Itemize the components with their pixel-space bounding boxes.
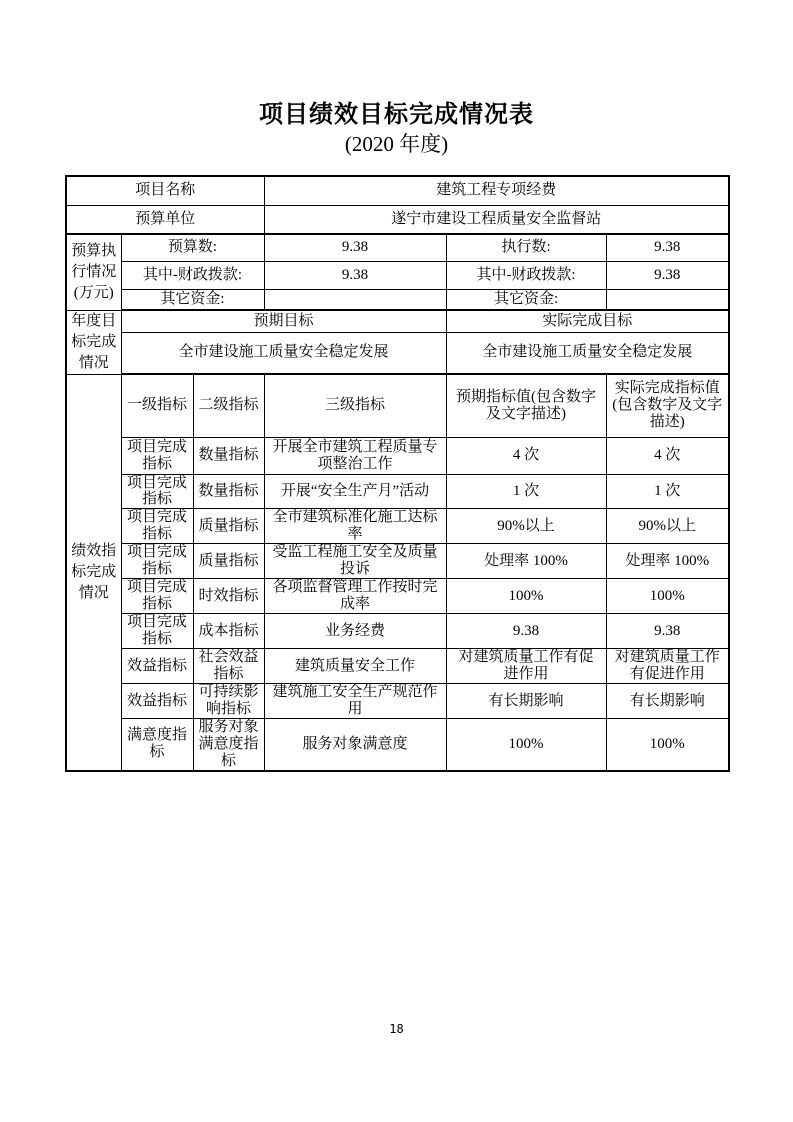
perf-expected: 1 次 bbox=[446, 474, 606, 509]
budget-value bbox=[264, 289, 446, 310]
table-row: 其中-财政拨款: 9.38 其中-财政拨款: 9.38 bbox=[66, 261, 729, 289]
table-row: 项目完成 指标 数量指标 开展“安全生产月”活动 1 次 1 次 bbox=[66, 474, 729, 509]
perf-level2: 质量指标 bbox=[193, 509, 264, 544]
page-title: 项目绩效目标完成情况表 bbox=[0, 94, 793, 129]
perf-expected: 9.38 bbox=[446, 614, 606, 649]
perf-level3: 建筑质量安全工作 bbox=[264, 649, 446, 684]
perf-level1: 项目完成 指标 bbox=[121, 474, 193, 509]
table-row: 项目完成 指标 成本指标 业务经费 9.38 9.38 bbox=[66, 614, 729, 649]
perf-level2: 成本指标 bbox=[193, 614, 264, 649]
table-row: 项目名称 建筑工程专项经费 bbox=[66, 176, 729, 205]
page-subtitle: (2020 年度) bbox=[0, 128, 793, 158]
budget-label: 执行数: bbox=[446, 234, 606, 261]
perf-actual: 处理率 100% bbox=[606, 544, 729, 579]
perf-level2: 社会效益 指标 bbox=[193, 649, 264, 684]
table-row: 项目完成 指标 质量指标 全市建筑标准化施工达标 率 90%以上 90%以上 bbox=[66, 509, 729, 544]
budget-value bbox=[606, 289, 729, 310]
annual-expected-header: 预期目标 bbox=[121, 310, 446, 332]
perf-level2: 时效指标 bbox=[193, 579, 264, 614]
table-row: 预算单位 遂宁市建设工程质量安全监督站 bbox=[66, 205, 729, 234]
perf-expected: 处理率 100% bbox=[446, 544, 606, 579]
perf-header-level3: 三级指标 bbox=[264, 374, 446, 437]
table-row: 预算执 行情况 (万元) 预算数: 9.38 执行数: 9.38 bbox=[66, 234, 729, 261]
perf-level3: 开展“安全生产月”活动 bbox=[264, 474, 446, 509]
document-page: 项目绩效目标完成情况表 (2020 年度) 项目名称 建筑工程专项经费 预算单位… bbox=[0, 0, 793, 1122]
budget-value: 9.38 bbox=[606, 261, 729, 289]
perf-actual: 1 次 bbox=[606, 474, 729, 509]
perf-level2: 数量指标 bbox=[193, 474, 264, 509]
perf-level1: 项目完成 指标 bbox=[121, 579, 193, 614]
perf-level2: 数量指标 bbox=[193, 437, 264, 474]
perf-level1: 满意度指 标 bbox=[121, 719, 193, 771]
table-row: 全市建设施工质量安全稳定发展 全市建设施工质量安全稳定发展 bbox=[66, 332, 729, 374]
perf-level1: 效益指标 bbox=[121, 649, 193, 684]
perf-expected: 100% bbox=[446, 579, 606, 614]
perf-level1: 项目完成 指标 bbox=[121, 544, 193, 579]
perf-level2: 服务对象 满意度指 标 bbox=[193, 719, 264, 771]
budget-value: 9.38 bbox=[264, 234, 446, 261]
perf-actual: 100% bbox=[606, 719, 729, 771]
perf-level3: 受监工程施工安全及质量 投诉 bbox=[264, 544, 446, 579]
perf-level1: 项目完成 指标 bbox=[121, 437, 193, 474]
annual-actual-header: 实际完成目标 bbox=[446, 310, 729, 332]
table-row: 效益指标 可持续影 响指标 建筑施工安全生产规范作 用 有长期影响 有长期影响 bbox=[66, 684, 729, 719]
perf-expected: 4 次 bbox=[446, 437, 606, 474]
perf-expected: 90%以上 bbox=[446, 509, 606, 544]
annual-section-label: 年度目 标完成 情况 bbox=[66, 310, 121, 374]
budget-label: 预算数: bbox=[121, 234, 264, 261]
budget-label: 其它资金: bbox=[121, 289, 264, 310]
table-row: 绩效指 标完成 情况 一级指标 二级指标 三级指标 预期指标值(包含数字 及文字… bbox=[66, 374, 729, 437]
perf-level1: 项目完成 指标 bbox=[121, 614, 193, 649]
project-name-value: 建筑工程专项经费 bbox=[264, 176, 729, 205]
perf-actual: 4 次 bbox=[606, 437, 729, 474]
perf-level3: 业务经费 bbox=[264, 614, 446, 649]
perf-header-level2: 二级指标 bbox=[193, 374, 264, 437]
table-row: 满意度指 标 服务对象 满意度指 标 服务对象满意度 100% 100% bbox=[66, 719, 729, 771]
table-row: 项目完成 指标 时效指标 各项监督管理工作按时完 成率 100% 100% bbox=[66, 579, 729, 614]
performance-table: 项目名称 建筑工程专项经费 预算单位 遂宁市建设工程质量安全监督站 预算执 行情… bbox=[65, 175, 730, 772]
perf-level1: 效益指标 bbox=[121, 684, 193, 719]
perf-section-label: 绩效指 标完成 情况 bbox=[66, 374, 121, 771]
perf-actual: 9.38 bbox=[606, 614, 729, 649]
perf-level3: 建筑施工安全生产规范作 用 bbox=[264, 684, 446, 719]
table-row: 项目完成 指标 数量指标 开展全市建筑工程质量专 项整治工作 4 次 4 次 bbox=[66, 437, 729, 474]
table-row: 年度目 标完成 情况 预期目标 实际完成目标 bbox=[66, 310, 729, 332]
perf-header-level1: 一级指标 bbox=[121, 374, 193, 437]
table-row: 项目完成 指标 质量指标 受监工程施工安全及质量 投诉 处理率 100% 处理率… bbox=[66, 544, 729, 579]
perf-level3: 各项监督管理工作按时完 成率 bbox=[264, 579, 446, 614]
project-name-label: 项目名称 bbox=[66, 176, 264, 205]
table-row: 效益指标 社会效益 指标 建筑质量安全工作 对建筑质量工作有促 进作用 对建筑质… bbox=[66, 649, 729, 684]
table-row: 其它资金: 其它资金: bbox=[66, 289, 729, 310]
page-number: 18 bbox=[0, 1022, 793, 1036]
annual-expected-value: 全市建设施工质量安全稳定发展 bbox=[121, 332, 446, 374]
perf-expected: 有长期影响 bbox=[446, 684, 606, 719]
perf-level3: 开展全市建筑工程质量专 项整治工作 bbox=[264, 437, 446, 474]
perf-level2: 质量指标 bbox=[193, 544, 264, 579]
budget-section-label: 预算执 行情况 (万元) bbox=[66, 234, 121, 310]
perf-expected: 对建筑质量工作有促 进作用 bbox=[446, 649, 606, 684]
budget-value: 9.38 bbox=[264, 261, 446, 289]
budget-unit-label: 预算单位 bbox=[66, 205, 264, 234]
perf-level3: 全市建筑标准化施工达标 率 bbox=[264, 509, 446, 544]
budget-value: 9.38 bbox=[606, 234, 729, 261]
perf-actual: 100% bbox=[606, 579, 729, 614]
perf-actual: 有长期影响 bbox=[606, 684, 729, 719]
perf-level3: 服务对象满意度 bbox=[264, 719, 446, 771]
perf-actual: 90%以上 bbox=[606, 509, 729, 544]
budget-label: 其中-财政拨款: bbox=[446, 261, 606, 289]
annual-actual-value: 全市建设施工质量安全稳定发展 bbox=[446, 332, 729, 374]
perf-level2: 可持续影 响指标 bbox=[193, 684, 264, 719]
budget-label: 其它资金: bbox=[446, 289, 606, 310]
perf-header-actual: 实际完成指标值 (包含数字及文字 描述) bbox=[606, 374, 729, 437]
perf-expected: 100% bbox=[446, 719, 606, 771]
perf-header-expected: 预期指标值(包含数字 及文字描述) bbox=[446, 374, 606, 437]
perf-level1: 项目完成 指标 bbox=[121, 509, 193, 544]
budget-label: 其中-财政拨款: bbox=[121, 261, 264, 289]
budget-unit-value: 遂宁市建设工程质量安全监督站 bbox=[264, 205, 729, 234]
perf-actual: 对建筑质量工作 有促进作用 bbox=[606, 649, 729, 684]
